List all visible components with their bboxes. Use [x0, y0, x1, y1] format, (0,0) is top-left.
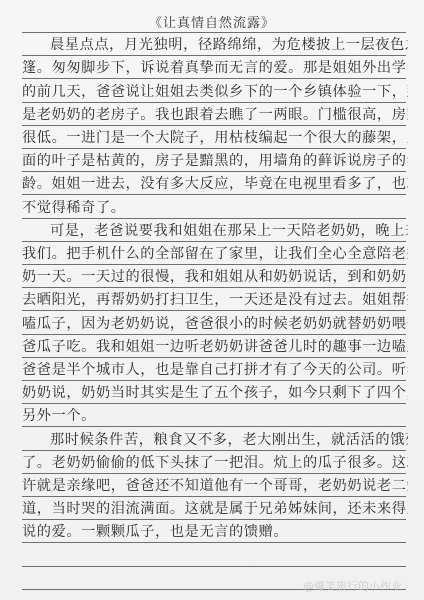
ruled-line	[22, 334, 406, 335]
ruled-line	[22, 542, 406, 543]
text-line: 篷。匆匆脚步下，诉说着真挚而无言的爱。那是姐姐外出学习	[22, 59, 408, 77]
ruled-line	[22, 264, 406, 265]
ruled-line	[22, 473, 406, 474]
ruled-line	[22, 357, 406, 358]
text-line: 了。老奶奶偷偷的低下头抹了一把泪。炕上的瓜子很多。这或	[22, 454, 408, 472]
ruled-line	[22, 287, 406, 288]
handwritten-page: 《让真情自然流露》 晨星点点，月光独明，径路绵绵，为危楼披上一层夜色之篷。匆匆脚…	[0, 0, 424, 600]
ruled-line	[22, 380, 406, 381]
text-line: 晨星点点，月光独明，径路绵绵，为危楼披上一层夜色之	[22, 36, 408, 54]
text-line: 许就是亲缘吧，爸爸还不知道他有一个哥哥，老奶奶说老二知	[22, 477, 408, 495]
ruled-line	[22, 32, 406, 33]
text-line: 面的叶子是枯黄的，房子是黯黑的，用墙角的藓诉说房子的年	[22, 152, 408, 170]
text-line: 去晒阳光，再帮奶奶打扫卫生，一天还是没有过去。姐姐帮奶奶	[22, 291, 408, 309]
ruled-line	[22, 148, 406, 149]
text-line: 那时候条件苦，粮食又不多，老大刚出生，就活活的饿死	[22, 431, 408, 449]
ruled-line	[22, 310, 406, 311]
ruled-line	[22, 519, 406, 520]
ruled-line	[22, 241, 406, 242]
text-line: 的前几天，爸爸说让姐姐去类似乡下的一个乡镇体验一下，那	[22, 83, 408, 101]
ruled-line	[22, 566, 406, 567]
text-line: 很低。一进门是一个大院子，用枯枝编起一个很大的藤架，上	[22, 129, 408, 147]
text-line: 爸爸是半个城市人，也是靠自己打拼才有了今天的公司。听老	[22, 361, 408, 379]
ruled-line	[22, 403, 406, 404]
ruled-line	[22, 218, 406, 219]
ruled-line	[22, 496, 406, 497]
ruled-line	[22, 450, 406, 451]
ruled-line	[22, 125, 406, 126]
text-line: 不觉得稀奇了。	[22, 199, 408, 217]
ruled-line	[22, 171, 406, 172]
ruled-line	[22, 78, 406, 79]
text-line: 可是，老爸说要我和姐姐在那呆上一天陪老奶奶，晚上来接	[22, 222, 408, 240]
ruled-line	[22, 55, 406, 56]
text-line: 龄。姐姐一进去，没有多大反应，毕竟在电视里看多了，也就	[22, 175, 408, 193]
text-line: 爸瓜子吃。我和姐姐一边听老奶奶讲爸爸儿时的趣事一边嗑瓜子。	[22, 338, 408, 356]
ruled-line	[22, 102, 406, 103]
ruled-line	[22, 426, 406, 427]
text-line: 道，当时哭的泪流满面。这就是属于兄弟姊妹间，还未来得及	[22, 500, 408, 518]
text-line: 我们。把手机什么的全部留在了家里，让我们全心全意陪老奶	[22, 245, 408, 263]
text-line: 是老奶奶的老房子。我也跟着去瞧了一两眼。门槛很高，房梁	[22, 106, 408, 124]
text-line: 奶一天。一天过的很慢，我和姐姐从和奶奶说话，到和奶奶出	[22, 268, 408, 286]
ruled-line	[22, 194, 406, 195]
watermark: @爆笑旅行的小作业	[303, 578, 402, 594]
essay-title: 《让真情自然流露》	[0, 12, 424, 31]
text-line: 另外一个。	[22, 407, 408, 425]
text-line: 奶奶说，奶奶当时其实是生了五个孩子，如今只剩下了四个，	[22, 384, 408, 402]
text-line: 嗑瓜子，因为老奶奶说，爸爸很小的时候老奶奶就替奶奶喂爸	[22, 315, 408, 333]
text-line: 说的爱。一颗颗瓜子，也是无言的馈赠。	[22, 523, 408, 541]
